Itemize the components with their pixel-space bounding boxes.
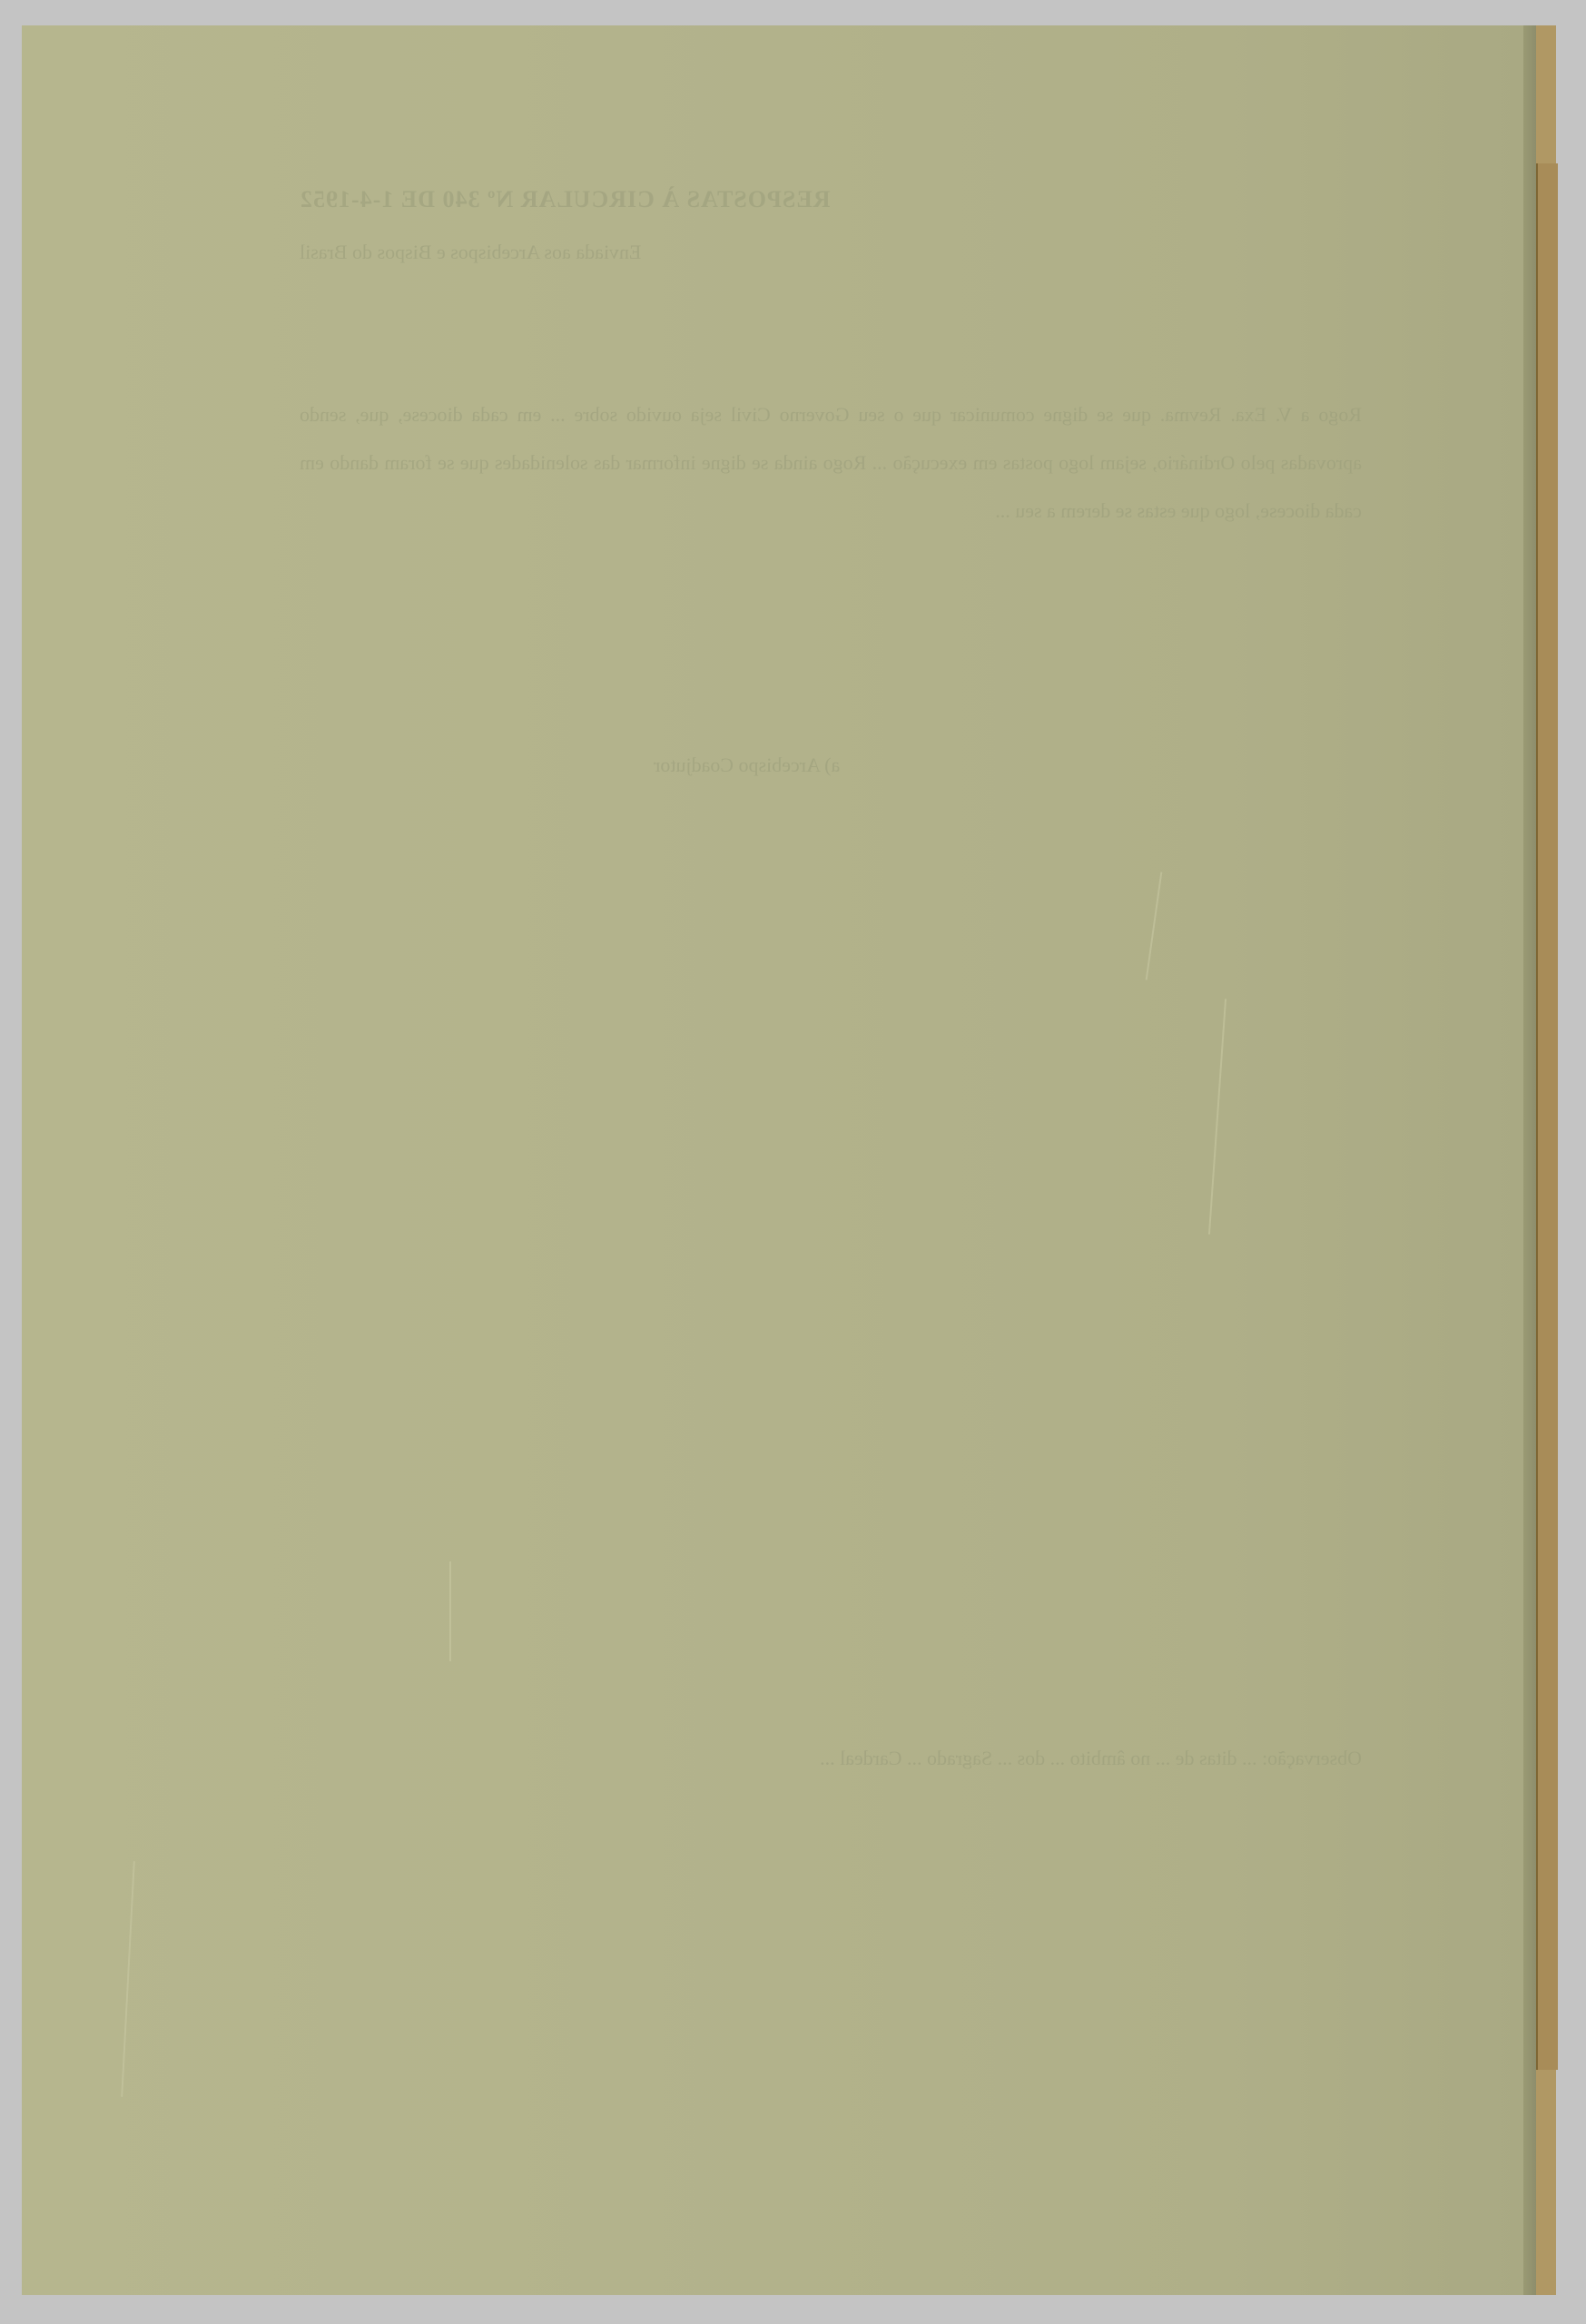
footnote: Observação: ... ditas de ... no âmbito .…: [300, 1734, 1362, 1782]
document-title: RESPOSTAS À CIRCULAR Nº 340 DE 1-4-1952: [300, 186, 830, 213]
binding-tab-inner: [1536, 163, 1558, 2070]
signature: a) Arcebispo Coadjutor: [654, 753, 840, 777]
page-spine-edge: [1523, 25, 1536, 2295]
body-paragraph: Rogo a V. Exa. Revma. que se digne comun…: [300, 390, 1362, 535]
paper-scratch: [449, 1561, 451, 1661]
document-page: [22, 25, 1524, 2295]
document-subtitle: Enviada aos Arcebispos e Bispos do Brasi…: [300, 241, 641, 264]
